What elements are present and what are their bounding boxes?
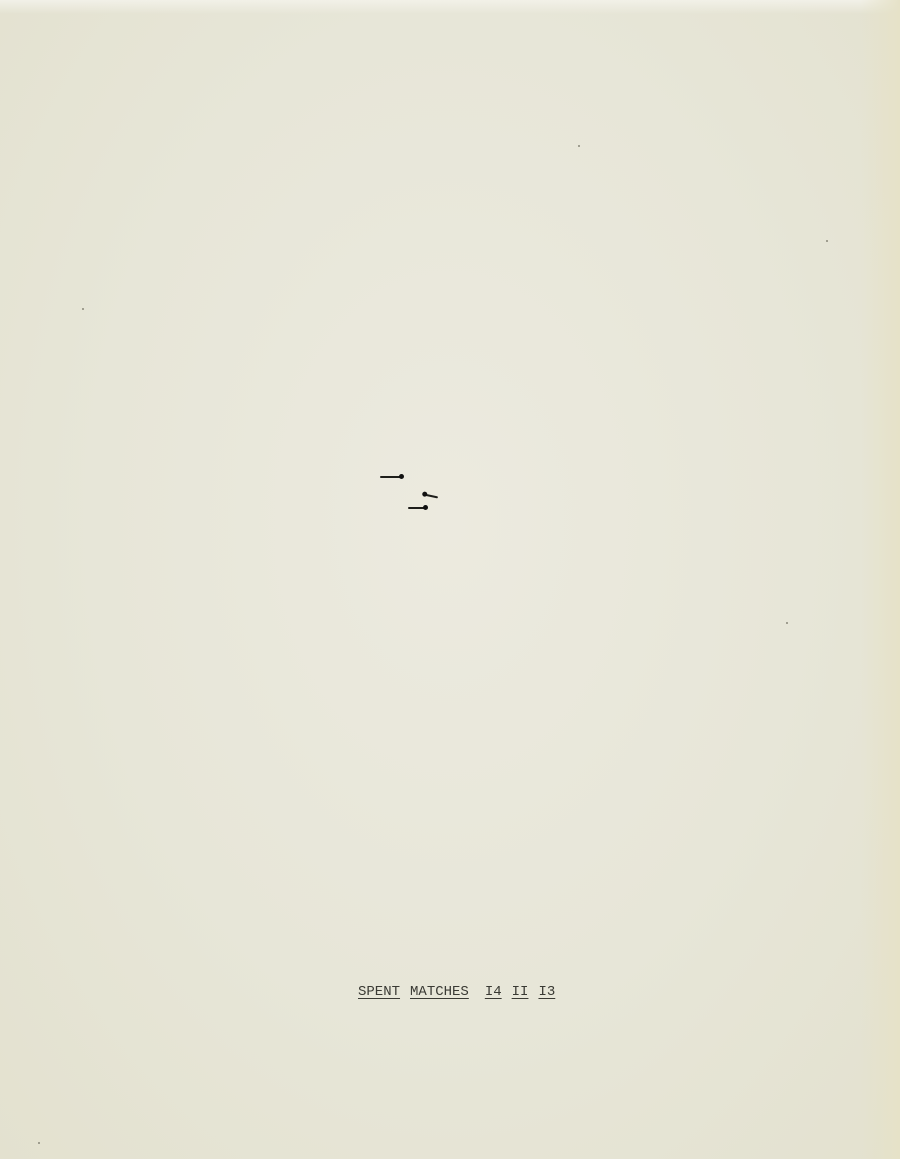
paper-edge-right [860, 0, 900, 1159]
paper-speck [786, 622, 788, 624]
caption-word: II [512, 984, 529, 1000]
paper-page: SPENTMATCHESI4III3 [0, 0, 900, 1159]
paper-edge-top [0, 0, 900, 14]
match-3 [408, 507, 426, 509]
caption-word: I3 [538, 984, 555, 1000]
match-head [423, 505, 428, 510]
match-head [422, 491, 428, 497]
caption-word: MATCHES [410, 984, 469, 1000]
paper-speck [578, 145, 580, 147]
caption-word: SPENT [358, 984, 400, 1000]
caption-word: I4 [485, 984, 502, 1000]
paper-speck [38, 1142, 40, 1144]
match-head [399, 474, 404, 479]
paper-speck [82, 308, 84, 310]
match-2 [424, 494, 438, 499]
typed-caption: SPENTMATCHESI4III3 [358, 984, 555, 1000]
paper-speck [826, 240, 828, 242]
match-1 [380, 476, 402, 478]
